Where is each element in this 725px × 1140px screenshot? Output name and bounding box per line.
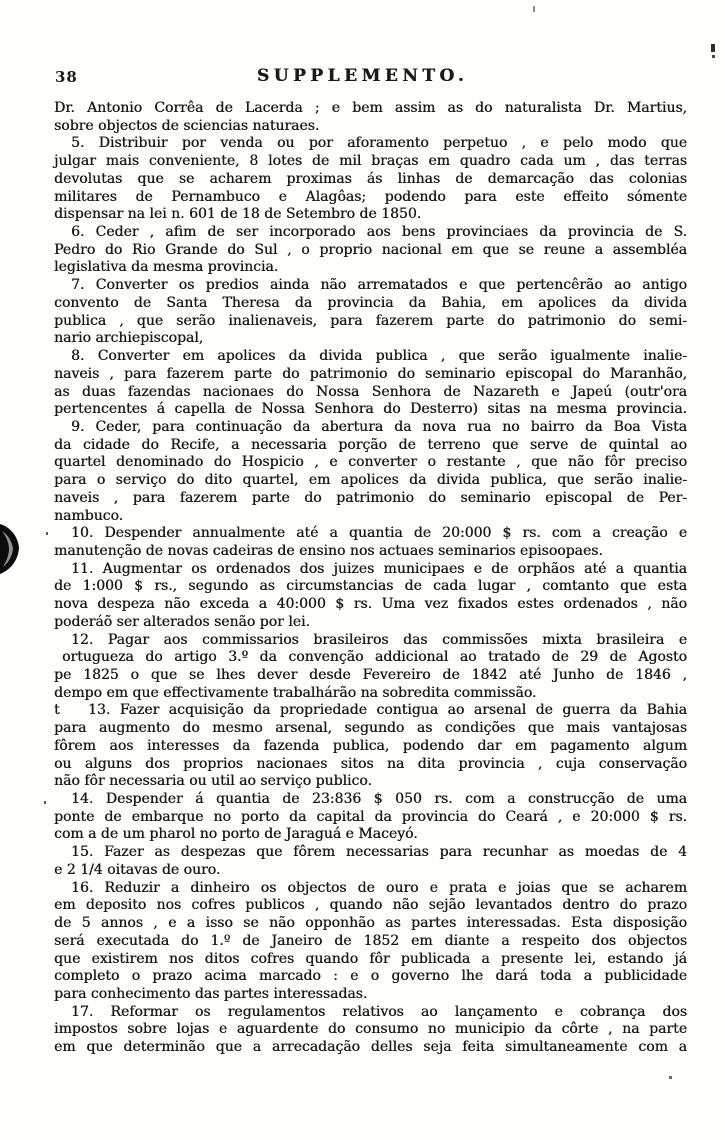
text-block: Dr. Antonio Corrêa de Lacerda ; e bem as… — [54, 100, 687, 1057]
text-line: as duas fazendas nacionaes do Nossa Senh… — [54, 384, 687, 402]
text-line: dispensar na lei n. 601 de 18 de Setembr… — [54, 206, 687, 224]
text-line: julgar mais conveniente, 8 lotes de mil … — [54, 153, 687, 171]
text-line: Dr. Antonio Corrêa de Lacerda ; e bem as… — [54, 100, 687, 118]
text-line: poderáõ ser alterados senão por lei. — [54, 614, 687, 632]
text-line: manutenção de novas cadeiras de ensino n… — [54, 543, 687, 561]
page-header: 38 SUPPLEMENTO. — [0, 66, 725, 90]
text-line: Pedro do Rio Grande do Sul , o proprio n… — [54, 242, 687, 260]
text-line: que existirem nos ditos cofres quando fô… — [54, 951, 687, 969]
text-line: em deposito nos cofres publicos , quando… — [54, 897, 687, 915]
text-line: 14. Despender á quantia de 23:836 $ 050 … — [54, 791, 687, 809]
text-line: 11. Augmentar os ordenados dos juizes mu… — [54, 561, 687, 579]
text-line: 9. Ceder, para continuação da abertura d… — [54, 419, 687, 437]
text-line: devolutas que se acharem proximas ás lin… — [54, 171, 687, 189]
text-line: nambuco. — [54, 508, 687, 526]
text-line: será executada do 1.º de Janeiro de 1852… — [54, 933, 687, 951]
text-line: de 1:000 $ rs., segundo as circumstancia… — [54, 578, 687, 596]
text-line: 6. Ceder , afim de ser incorporado aos b… — [54, 224, 687, 242]
text-line: com a de um pharol no porto de Jaraguá e… — [54, 826, 687, 844]
text-line: de 5 annos , e a isso se não opponhão as… — [54, 915, 687, 933]
scan-speck — [533, 6, 535, 12]
text-line: em que determinão que a arrecadação dell… — [54, 1039, 687, 1057]
text-line: 5. Distribuir por venda ou por aforament… — [54, 135, 687, 153]
text-line: ou alguns dos proprios nacionaes sitos n… — [54, 756, 687, 774]
text-line: convento de Santa Theresa da provincia d… — [54, 295, 687, 313]
text-line: da cidade do Recife, a necessaria porção… — [54, 437, 687, 455]
text-line: sobre objectos de sciencias naturaes. — [54, 118, 687, 136]
text-line: nova despeza não exceda a 40:000 $ rs. U… — [54, 596, 687, 614]
text-line: nario archiepiscopal, — [54, 330, 687, 348]
text-line: 17. Reformar os regulamentos relativos a… — [54, 1004, 687, 1022]
text-line: para o serviço do dito quartel, em apoli… — [54, 472, 687, 490]
text-line: não fôr necessaria ou util ao serviço pu… — [54, 773, 687, 791]
text-line: t 13. Fazer acquisição da propriedade co… — [54, 702, 687, 720]
text-line: legislativa da mesma provincia. — [54, 259, 687, 277]
text-line: e 2 1/4 oitavas de ouro. — [54, 862, 687, 880]
text-line: 8. Converter em apolices da divida publi… — [54, 348, 687, 366]
text-line: pertencentes á capella de Nossa Senhora … — [54, 401, 687, 419]
text-line: 10. Despender annualmente até a quantia … — [54, 525, 687, 543]
text-line: pe 1825 o que se lhes dever desde Fevere… — [54, 667, 687, 685]
text-line: para conhecimento das partes interessada… — [54, 986, 687, 1004]
text-line: fôrem aos interesses da fazenda publica,… — [54, 738, 687, 756]
running-title: SUPPLEMENTO. — [0, 66, 725, 86]
ink-blot-artifact — [0, 523, 22, 575]
text-line: ponte de embarque no porto da capital da… — [54, 809, 687, 827]
scan-speck — [44, 801, 46, 804]
text-line: impostos sobre lojas e aguardente do con… — [54, 1021, 687, 1039]
text-line: 12. Pagar aos commissarios brasileiros d… — [54, 632, 687, 650]
text-line: dempo em que effectivamente trabalhárão … — [54, 685, 687, 703]
text-line: 16. Reduzir a dinheiro os objectos de ou… — [54, 880, 687, 898]
scan-speck — [711, 44, 715, 52]
text-line: publica , que serão inalienaveis, para f… — [54, 313, 687, 331]
scan-speck — [669, 1076, 672, 1079]
text-line: militares de Pernambuco e Alagôas; poden… — [54, 189, 687, 207]
text-line: ortugueza do artigo 3.º da convenção add… — [54, 649, 687, 667]
scan-speck — [712, 55, 715, 58]
book-page: 38 SUPPLEMENTO. Dr. Antonio Corrêa de La… — [0, 0, 725, 1140]
text-line: naveis , para fazerem parte do patrimoni… — [54, 490, 687, 508]
text-line: completo o prazo acima marcado : e o gov… — [54, 968, 687, 986]
scan-speck — [46, 532, 48, 535]
text-line: para augmento do mesmo arsenal, segundo … — [54, 720, 687, 738]
text-line: 15. Fazer as despezas que fôrem necessar… — [54, 844, 687, 862]
text-line: quartel denominado do Hospicio , e conve… — [54, 454, 687, 472]
text-line: naveis , para fazerem parte do patrimoni… — [54, 366, 687, 384]
text-line: 7. Converter os predios ainda não arrema… — [54, 277, 687, 295]
